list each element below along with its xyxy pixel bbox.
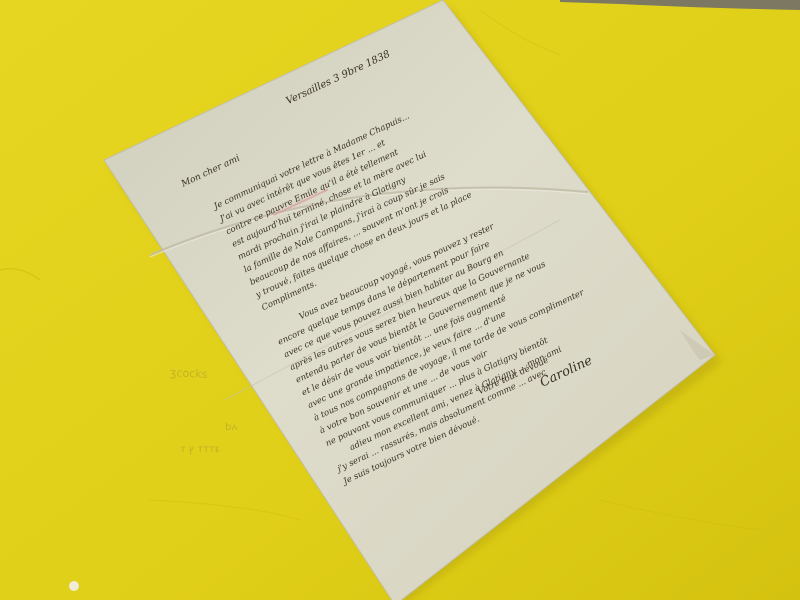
letter-photo: ʒcocks bꭅ ᴛ ꝩ ᴛᴛᴛᴇ Versailles 3 9bre 183… — [0, 0, 800, 600]
paper-speck — [69, 581, 79, 591]
background-mark: ʒcocks — [170, 366, 208, 381]
photo-scene: ʒcocks bꭅ ᴛ ꝩ ᴛᴛᴛᴇ Versailles 3 9bre 183… — [0, 0, 800, 600]
background-mark: ᴛ ꝩ ᴛᴛᴛᴇ — [180, 444, 220, 455]
background-mark: bꭅ — [225, 422, 238, 433]
